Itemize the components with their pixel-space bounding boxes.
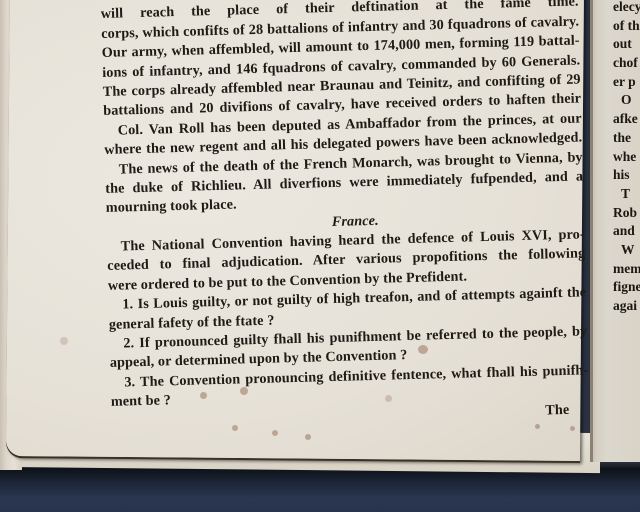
blue-cloth-background: [0, 468, 640, 512]
foxing-spot: [385, 395, 392, 402]
right-page-fold: [590, 0, 593, 462]
right-fragment: er p: [613, 73, 640, 92]
foxing-spot: [60, 337, 68, 345]
foxing-spot: [305, 434, 311, 440]
right-fragment: T: [613, 185, 640, 204]
scanned-newspaper-scene: elecy of th out chof er p O afke the whe…: [0, 0, 640, 512]
right-fragment: chof: [613, 54, 640, 73]
right-fragment: the: [613, 129, 640, 148]
right-fragment: Rob: [613, 204, 640, 223]
foxing-spot: [232, 425, 238, 431]
right-fragment: O: [613, 91, 640, 110]
right-fragment: elecy: [613, 0, 640, 17]
right-fragment: afke: [613, 110, 640, 129]
right-fragment: mem: [613, 260, 640, 279]
right-fragment: his: [613, 166, 640, 185]
main-text-column: Att the corps ... ... will reach the pla…: [100, 0, 590, 432]
right-fragment: and: [613, 222, 640, 241]
foxing-spot: [272, 430, 278, 436]
right-column-fragments: elecy of th out chof er p O afke the whe…: [613, 0, 640, 316]
foxing-spot: [418, 345, 428, 354]
right-fragment: whe: [613, 148, 640, 167]
right-fragment: of th: [613, 17, 640, 36]
foxing-spot: [240, 387, 248, 395]
right-fragment: agai: [613, 297, 640, 316]
right-fragment: figne: [613, 278, 640, 297]
foxing-spot: [200, 392, 207, 399]
foxing-spot: [570, 426, 575, 431]
right-fragment: out: [613, 35, 640, 54]
right-fragment: W: [613, 241, 640, 260]
foxing-spot: [535, 424, 540, 429]
